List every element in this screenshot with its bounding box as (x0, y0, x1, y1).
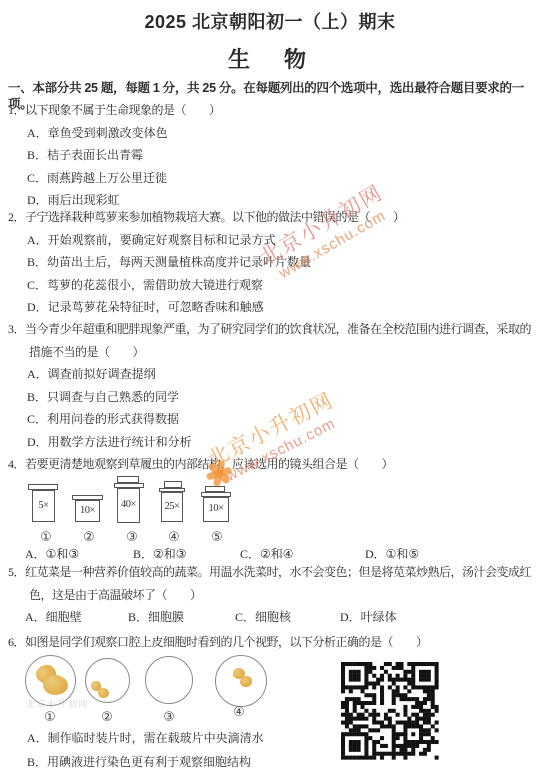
question-4-stem: 4．若要更清楚地观察到草履虫的内部结构，应该选用的镜头组合是（ ） (8, 453, 538, 476)
option-c: C．雨燕跨越上万公里迁徙 (27, 167, 538, 190)
fov-number-label: ② (97, 706, 117, 729)
fov-number-label: ① (40, 706, 60, 729)
option-d: D．叶绿体 (340, 606, 397, 629)
fov-circle-4 (215, 655, 267, 707)
fov-circle-3 (145, 656, 193, 704)
question-number: 1． (8, 103, 25, 117)
field-of-view-figure: 北京小升初网 ① ② ③ ④ (8, 653, 298, 733)
option-a: A．细胞壁 (25, 606, 82, 629)
fov-number-label: ③ (159, 706, 179, 729)
question-text: 如图是同学们观察口腔上皮细胞时看到的几个视野，以下分析正确的是（ ） (25, 635, 428, 649)
question-1-stem: 1．以下现象不属于生命现象的是（ ） (8, 99, 538, 122)
option-d: D．记录茑萝花朵特征时，可忽略香味和触感 (27, 296, 538, 319)
question-number: 4． (8, 457, 25, 471)
question-5-stem: 5．红苋菜是一种营养价值较高的蔬菜。用温水洗菜时，水不会变色；但是将苋菜炒熟后，… (8, 561, 538, 606)
question-text: 当今青少年超重和肥胖现象严重，为了研究同学们的饮食状况，准备在全校范围内进行调查… (25, 322, 531, 359)
question-text: 子宁选择栽种茑萝来参加植物栽培大赛。以下他的做法中错误的是（ ） (25, 210, 405, 224)
objective-lens-3-cap (117, 476, 139, 483)
subject-title: 生 物 (0, 43, 540, 74)
option-c: C．细胞核 (235, 606, 291, 629)
option-b: B．用碘液进行染色更有利于观察细胞结构 (27, 751, 540, 769)
question-text: 若要更清楚地观察到草履虫的内部结构，应该选用的镜头组合是（ ） (25, 457, 393, 471)
question-1: 1．以下现象不属于生命现象的是（ ） A．章鱼受到刺激改变体色 B．桔子表面长出… (8, 99, 538, 212)
option-d: D．用数学方法进行统计和分析 (27, 431, 538, 454)
fov-number-label: ④ (229, 701, 249, 724)
lens-magnification: 40× (121, 494, 136, 517)
cell-blob (240, 676, 252, 687)
objective-lens-3: 40× (117, 488, 140, 523)
lens-magnification: 10× (209, 498, 224, 521)
question-2-stem: 2．子宁选择栽种茑萝来参加植物栽培大赛。以下他的做法中错误的是（ ） (8, 206, 538, 229)
objective-lens-4-cap (164, 481, 182, 488)
question-number: 2． (8, 210, 25, 224)
option-a: A．开始观察前，要确定好观察目标和记录方式 (27, 229, 538, 252)
question-5: 5．红苋菜是一种营养价值较高的蔬菜。用温水洗菜时，水不会变色；但是将苋菜炒熟后，… (8, 561, 538, 628)
option-a: A．调查前拟好调查提纲 (27, 363, 538, 386)
objective-lens-5: 10× (203, 497, 229, 522)
option-c: C．利用问卷的形式获得数据 (27, 408, 538, 431)
question-6: 6．如图是同学们观察口腔上皮细胞时看到的几个视野，以下分析正确的是（ ） 北京小… (8, 631, 538, 769)
question-number: 5． (8, 565, 25, 579)
option-a: A．制作临时装片时，需在载玻片中央滴清水 (27, 727, 540, 750)
qr-code (341, 662, 439, 760)
lens-magnification: 10× (80, 500, 95, 523)
question-3: 3．当今青少年超重和肥胖现象严重，为了研究同学们的饮食状况，准备在全校范围内进行… (8, 318, 538, 453)
option-b: B．桔子表面长出青霉 (27, 144, 538, 167)
question-text: 以下现象不属于生命现象的是（ ） (25, 103, 221, 117)
question-3-stem: 3．当今青少年超重和肥胖现象严重，为了研究同学们的饮食状况，准备在全校范围内进行… (8, 318, 538, 363)
question-2: 2．子宁选择栽种茑萝来参加植物栽培大赛。以下他的做法中错误的是（ ） A．开始观… (8, 206, 538, 319)
objective-lens-4: 25× (161, 492, 183, 522)
option-b: B．只调查与自己熟悉的同学 (27, 386, 538, 409)
question-5-options: A．细胞壁 B．细胞膜 C．细胞核 D．叶绿体 (8, 606, 538, 628)
question-number: 3． (8, 322, 25, 336)
eyepiece-lens-2: 10× (75, 500, 100, 522)
option-a: A．章鱼受到刺激改变体色 (27, 122, 538, 145)
question-4: 4．若要更清楚地观察到草履虫的内部结构，应该选用的镜头组合是（ ） 5× 10×… (8, 453, 538, 568)
fov-circle-2 (85, 658, 130, 703)
lens-magnification: 25× (165, 496, 180, 519)
option-b: B．幼苗出土后，每两天测量植株高度并记录叶片数量 (27, 251, 538, 274)
lens-magnification: 5× (38, 495, 48, 518)
question-number: 6． (8, 635, 25, 649)
page-title: 2025 北京朝阳初一（上）期末 (0, 8, 540, 34)
option-c: C．茑萝的花蕊很小，需借助放大镜进行观察 (27, 274, 538, 297)
eyepiece-lens-1: 5× (32, 490, 55, 522)
question-6-stem: 6．如图是同学们观察口腔上皮细胞时看到的几个视野，以下分析正确的是（ ） (8, 631, 538, 654)
option-b: B．细胞膜 (128, 606, 184, 629)
question-text: 红苋菜是一种营养价值较高的蔬菜。用温水洗菜时，水不会变色；但是将苋菜炒熟后，汤汁… (25, 565, 531, 602)
microscope-lens-figure: 5× 10× 40× 25× 10× ① ② ③ ④ ⑤ (20, 474, 260, 544)
cell-blob (98, 688, 109, 698)
